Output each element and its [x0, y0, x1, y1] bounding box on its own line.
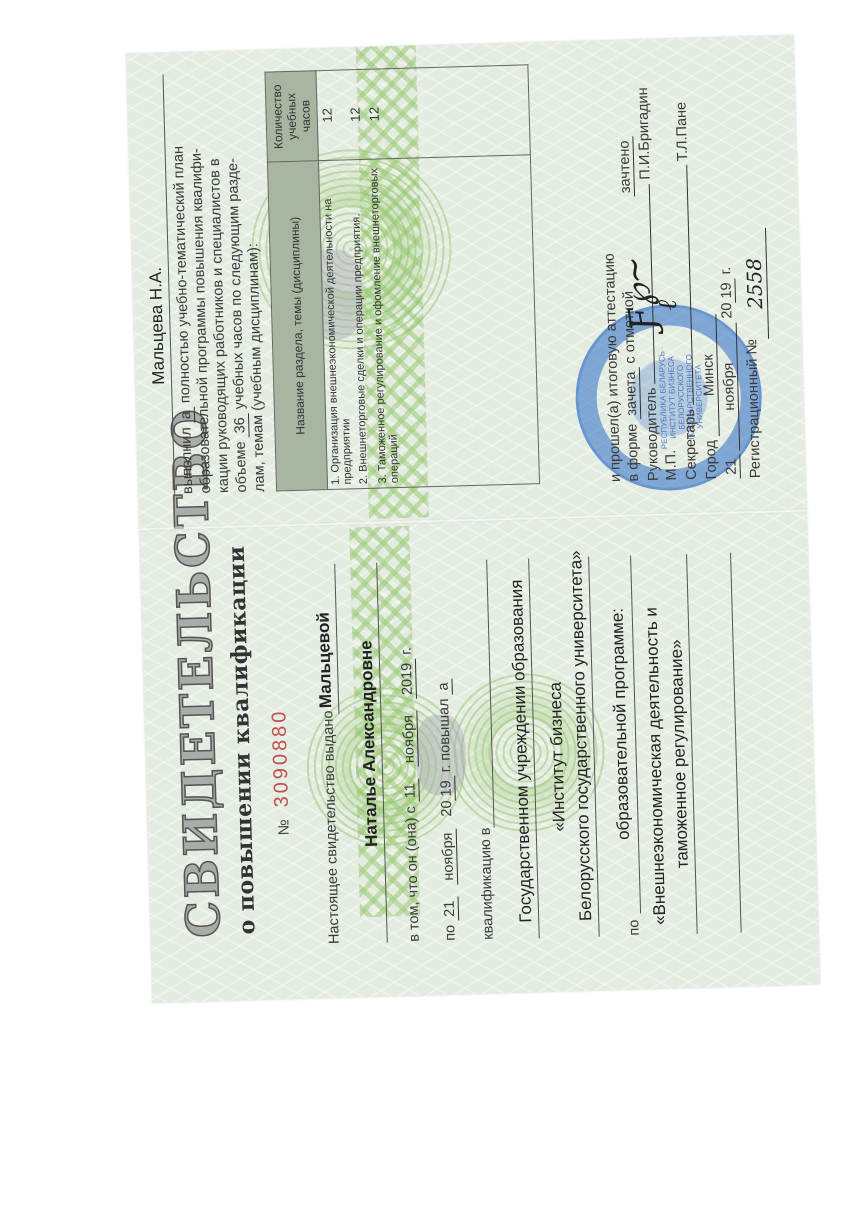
to-year-prefix: 20 — [439, 800, 455, 817]
program-label: по — [626, 920, 642, 936]
program-line-1: образовательной программе: — [608, 608, 634, 840]
number-label: № — [275, 819, 292, 836]
date-month: ноября — [720, 322, 741, 450]
volume-label: объеме — [233, 441, 250, 492]
hours-cell: 12 — [363, 65, 530, 160]
year-suffix: г. — [399, 647, 415, 655]
to-year: 19 — [438, 776, 456, 801]
date-day: 21 — [723, 454, 741, 479]
underline — [730, 553, 742, 933]
secretary-signature: ℓ — [653, 299, 683, 311]
to-day: 21 — [442, 896, 460, 921]
secretary-label: Секретарь — [682, 409, 700, 480]
city-line: Город Минск — [699, 314, 720, 479]
city-value: Минск — [699, 314, 719, 436]
seal-label: М.П. — [663, 450, 680, 481]
hours-cell: 12 — [316, 70, 347, 161]
table-row: 3. Таможенное регулирование и офомление … — [363, 65, 539, 488]
disciplines-table: Название раздела, темы (дисциплины) Коли… — [264, 64, 540, 491]
qualification-label: квалификацию в — [478, 827, 497, 940]
from-month: ноября — [400, 711, 419, 767]
completed-label: выполнил — [178, 427, 196, 494]
holder-surname: Мальцевой — [314, 612, 337, 709]
form-label: в форме — [624, 423, 642, 481]
secretary-name: Т.Л.Пане — [673, 102, 691, 162]
registration-line: Регистрационный № 2558 — [744, 339, 764, 479]
completed-suffix: а — [178, 407, 195, 424]
form-value: зачета — [623, 367, 641, 420]
institution-line-2: «Институт бизнеса — [546, 682, 570, 832]
topic-cell: 3. Таможенное регулирование и офомление … — [366, 155, 540, 488]
from-day: 11 — [402, 779, 420, 803]
hours-total: 36 — [232, 413, 250, 438]
date-year: 19 — [718, 278, 736, 303]
head-name: П.И.Бригадин — [635, 87, 654, 180]
holder-short-name: Мальцева Н.А. — [146, 267, 169, 385]
head-label: Руководитель — [643, 387, 662, 481]
to-month: ноября — [440, 828, 459, 884]
raised-label: г. повышал — [436, 698, 454, 772]
hours-cell: 12 — [344, 69, 366, 159]
certificate-subtitle: о повышении квалификации — [224, 545, 261, 935]
registration-number: 2558 — [741, 228, 769, 340]
registration-label: Регистрационный № — [744, 339, 764, 479]
underline — [630, 556, 641, 914]
date-suffix: г. — [718, 267, 734, 275]
certificate-right-page: Мальцева Н.А. выполнил а полностью учебн… — [126, 35, 807, 525]
hours-header: Количество учебных часов — [265, 71, 318, 162]
topic-header: Название раздела, темы (дисциплины) — [267, 161, 327, 491]
to-label: по — [442, 925, 458, 941]
mark-value: зачтено — [616, 136, 635, 197]
date-year-prefix: 20 — [719, 302, 735, 319]
certificate-left-page: СВИДЕТЕЛЬСТВО о повышении квалификации №… — [139, 515, 820, 1003]
certificate-number: 3090880 — [268, 708, 294, 807]
certificate-document: СВИДЕТЕЛЬСТВО о повышении квалификации №… — [126, 35, 820, 1003]
from-year: 2019 — [399, 659, 417, 700]
city-label: Город — [703, 440, 720, 480]
raised-suffix: а — [435, 678, 452, 695]
